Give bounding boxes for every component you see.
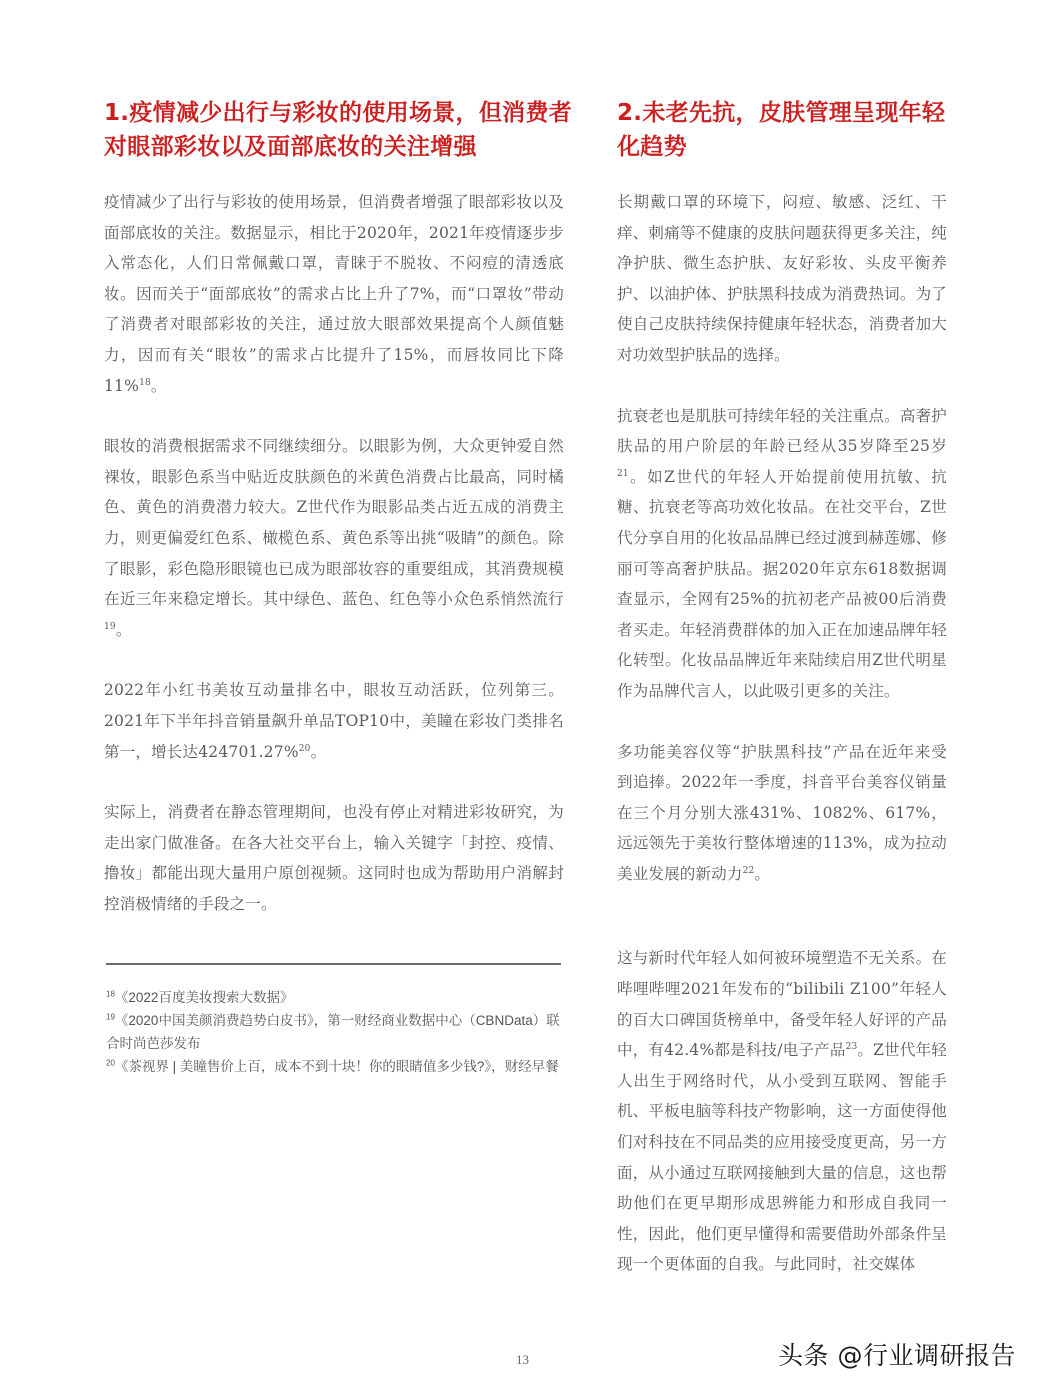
left-column: 1.疫情减少出行与彩妆的使用场景，但消费者对眼部彩妆以及面部底妆的关注增强 疫情…	[104, 96, 564, 919]
page-number: 13	[516, 1352, 529, 1368]
watermark: 头条 @行业调研报告	[778, 1336, 1016, 1372]
paragraph: 抗衰老也是肌肤可持续年轻的关注重点。高奢护肤品的用户阶层的年龄已经从35岁降至2…	[617, 401, 947, 707]
paragraph-tail: 。	[116, 621, 132, 639]
footnote-ref: 20	[299, 743, 311, 753]
footnote-ref: 22	[743, 866, 755, 876]
paragraph: 这与新时代年轻人如何被环境塑造不无关系。在哔哩哔哩2021年发布的“bilibi…	[617, 943, 947, 1280]
footnote-text: 《2020中国美颜消费趋势白皮书》，第一财经商业数据中心（CBNData）联合时…	[106, 1013, 560, 1051]
footnote-item: 19《2020中国美颜消费趋势白皮书》，第一财经商业数据中心（CBNData）联…	[106, 1009, 566, 1055]
paragraph-text: 实际上，消费者在静态管理期间，也没有停止对精进彩妆研究，为走出家门做准备。在各大…	[104, 803, 564, 913]
paragraph-text: 眼妆的消费根据需求不同继续细分。以眼影为例，大众更钟爱自然裸妆，眼影色系当中贴近…	[104, 437, 564, 608]
paragraph-text: 长期戴口罩的环境下，闷痘、敏感、泛红、干痒、刺痛等不健康的皮肤问题获得更多关注，…	[617, 193, 947, 364]
footnote-divider	[106, 963, 561, 965]
paragraph-text: 多功能美容仪等“护肤黑科技”产品在近年来受到追捧。2022年一季度，抖音平台美容…	[617, 743, 947, 883]
footnote-number: 19	[106, 1013, 115, 1022]
paragraph-text: 抗衰老也是肌肤可持续年轻的关注重点。高奢护肤品的用户阶层的年龄已经从35岁降至2…	[617, 407, 947, 456]
footnote-item: 20《茶视界 | 美瞳售价上百，成本不到十块！你的眼睛值多少钱?》，财经早餐	[106, 1055, 566, 1078]
paragraph: 2022年小红书美妆互动量排名中，眼妆互动活跃，位列第三。2021年下半年抖音销…	[104, 675, 564, 767]
section-heading-2: 2.未老先抗，皮肤管理呈现年轻化趋势	[617, 96, 962, 164]
paragraph-tail: 。Z世代年轻人出生于网络时代，从小受到互联网、智能手机、平板电脑等科技产物影响，…	[617, 1041, 947, 1273]
footnote-ref: 23	[846, 1042, 858, 1052]
right-column: 2.未老先抗，皮肤管理呈现年轻化趋势 长期戴口罩的环境下，闷痘、敏感、泛红、干痒…	[617, 96, 947, 1280]
footnote-ref: 21	[617, 469, 629, 479]
footnote-ref: 18	[139, 377, 151, 387]
paragraph: 疫情减少了出行与彩妆的使用场景，但消费者增强了眼部彩妆以及面部底妆的关注。数据显…	[104, 187, 564, 401]
paragraph-text: 2022年小红书美妆互动量排名中，眼妆互动活跃，位列第三。2021年下半年抖音销…	[104, 681, 564, 760]
footnote-text: 《2022百度美妆搜索大数据》	[115, 990, 294, 1005]
paragraph: 眼妆的消费根据需求不同继续细分。以眼影为例，大众更钟爱自然裸妆，眼影色系当中贴近…	[104, 431, 564, 645]
paragraph-tail: 。	[151, 377, 167, 395]
footnote-number: 18	[106, 990, 115, 999]
paragraph: 长期戴口罩的环境下，闷痘、敏感、泛红、干痒、刺痛等不健康的皮肤问题获得更多关注，…	[617, 187, 947, 371]
footnote-number: 20	[106, 1059, 115, 1068]
footnotes: 18《2022百度美妆搜索大数据》 19《2020中国美颜消费趋势白皮书》，第一…	[106, 986, 566, 1078]
footnote-item: 18《2022百度美妆搜索大数据》	[106, 986, 566, 1009]
paragraph: 实际上，消费者在静态管理期间，也没有停止对精进彩妆研究，为走出家门做准备。在各大…	[104, 797, 564, 919]
paragraph-tail: 。	[754, 865, 770, 883]
section-heading-1: 1.疫情减少出行与彩妆的使用场景，但消费者对眼部彩妆以及面部底妆的关注增强	[104, 96, 574, 164]
paragraph-tail: 。如Z世代的年轻人开始提前使用抗敏、抗糖、抗衰老等高功效化妆品。在社交平台，Z世…	[617, 468, 947, 700]
paragraph-text: 疫情减少了出行与彩妆的使用场景，但消费者增强了眼部彩妆以及面部底妆的关注。数据显…	[104, 193, 564, 395]
paragraph: 多功能美容仪等“护肤黑科技”产品在近年来受到追捧。2022年一季度，抖音平台美容…	[617, 737, 947, 890]
footnote-ref: 19	[104, 622, 116, 632]
paragraph-tail: 。	[311, 743, 327, 761]
footnote-text: 《茶视界 | 美瞳售价上百，成本不到十块！你的眼睛值多少钱?》，财经早餐	[115, 1059, 559, 1074]
document-page: 1.疫情减少出行与彩妆的使用场景，但消费者对眼部彩妆以及面部底妆的关注增强 疫情…	[0, 0, 1050, 1391]
